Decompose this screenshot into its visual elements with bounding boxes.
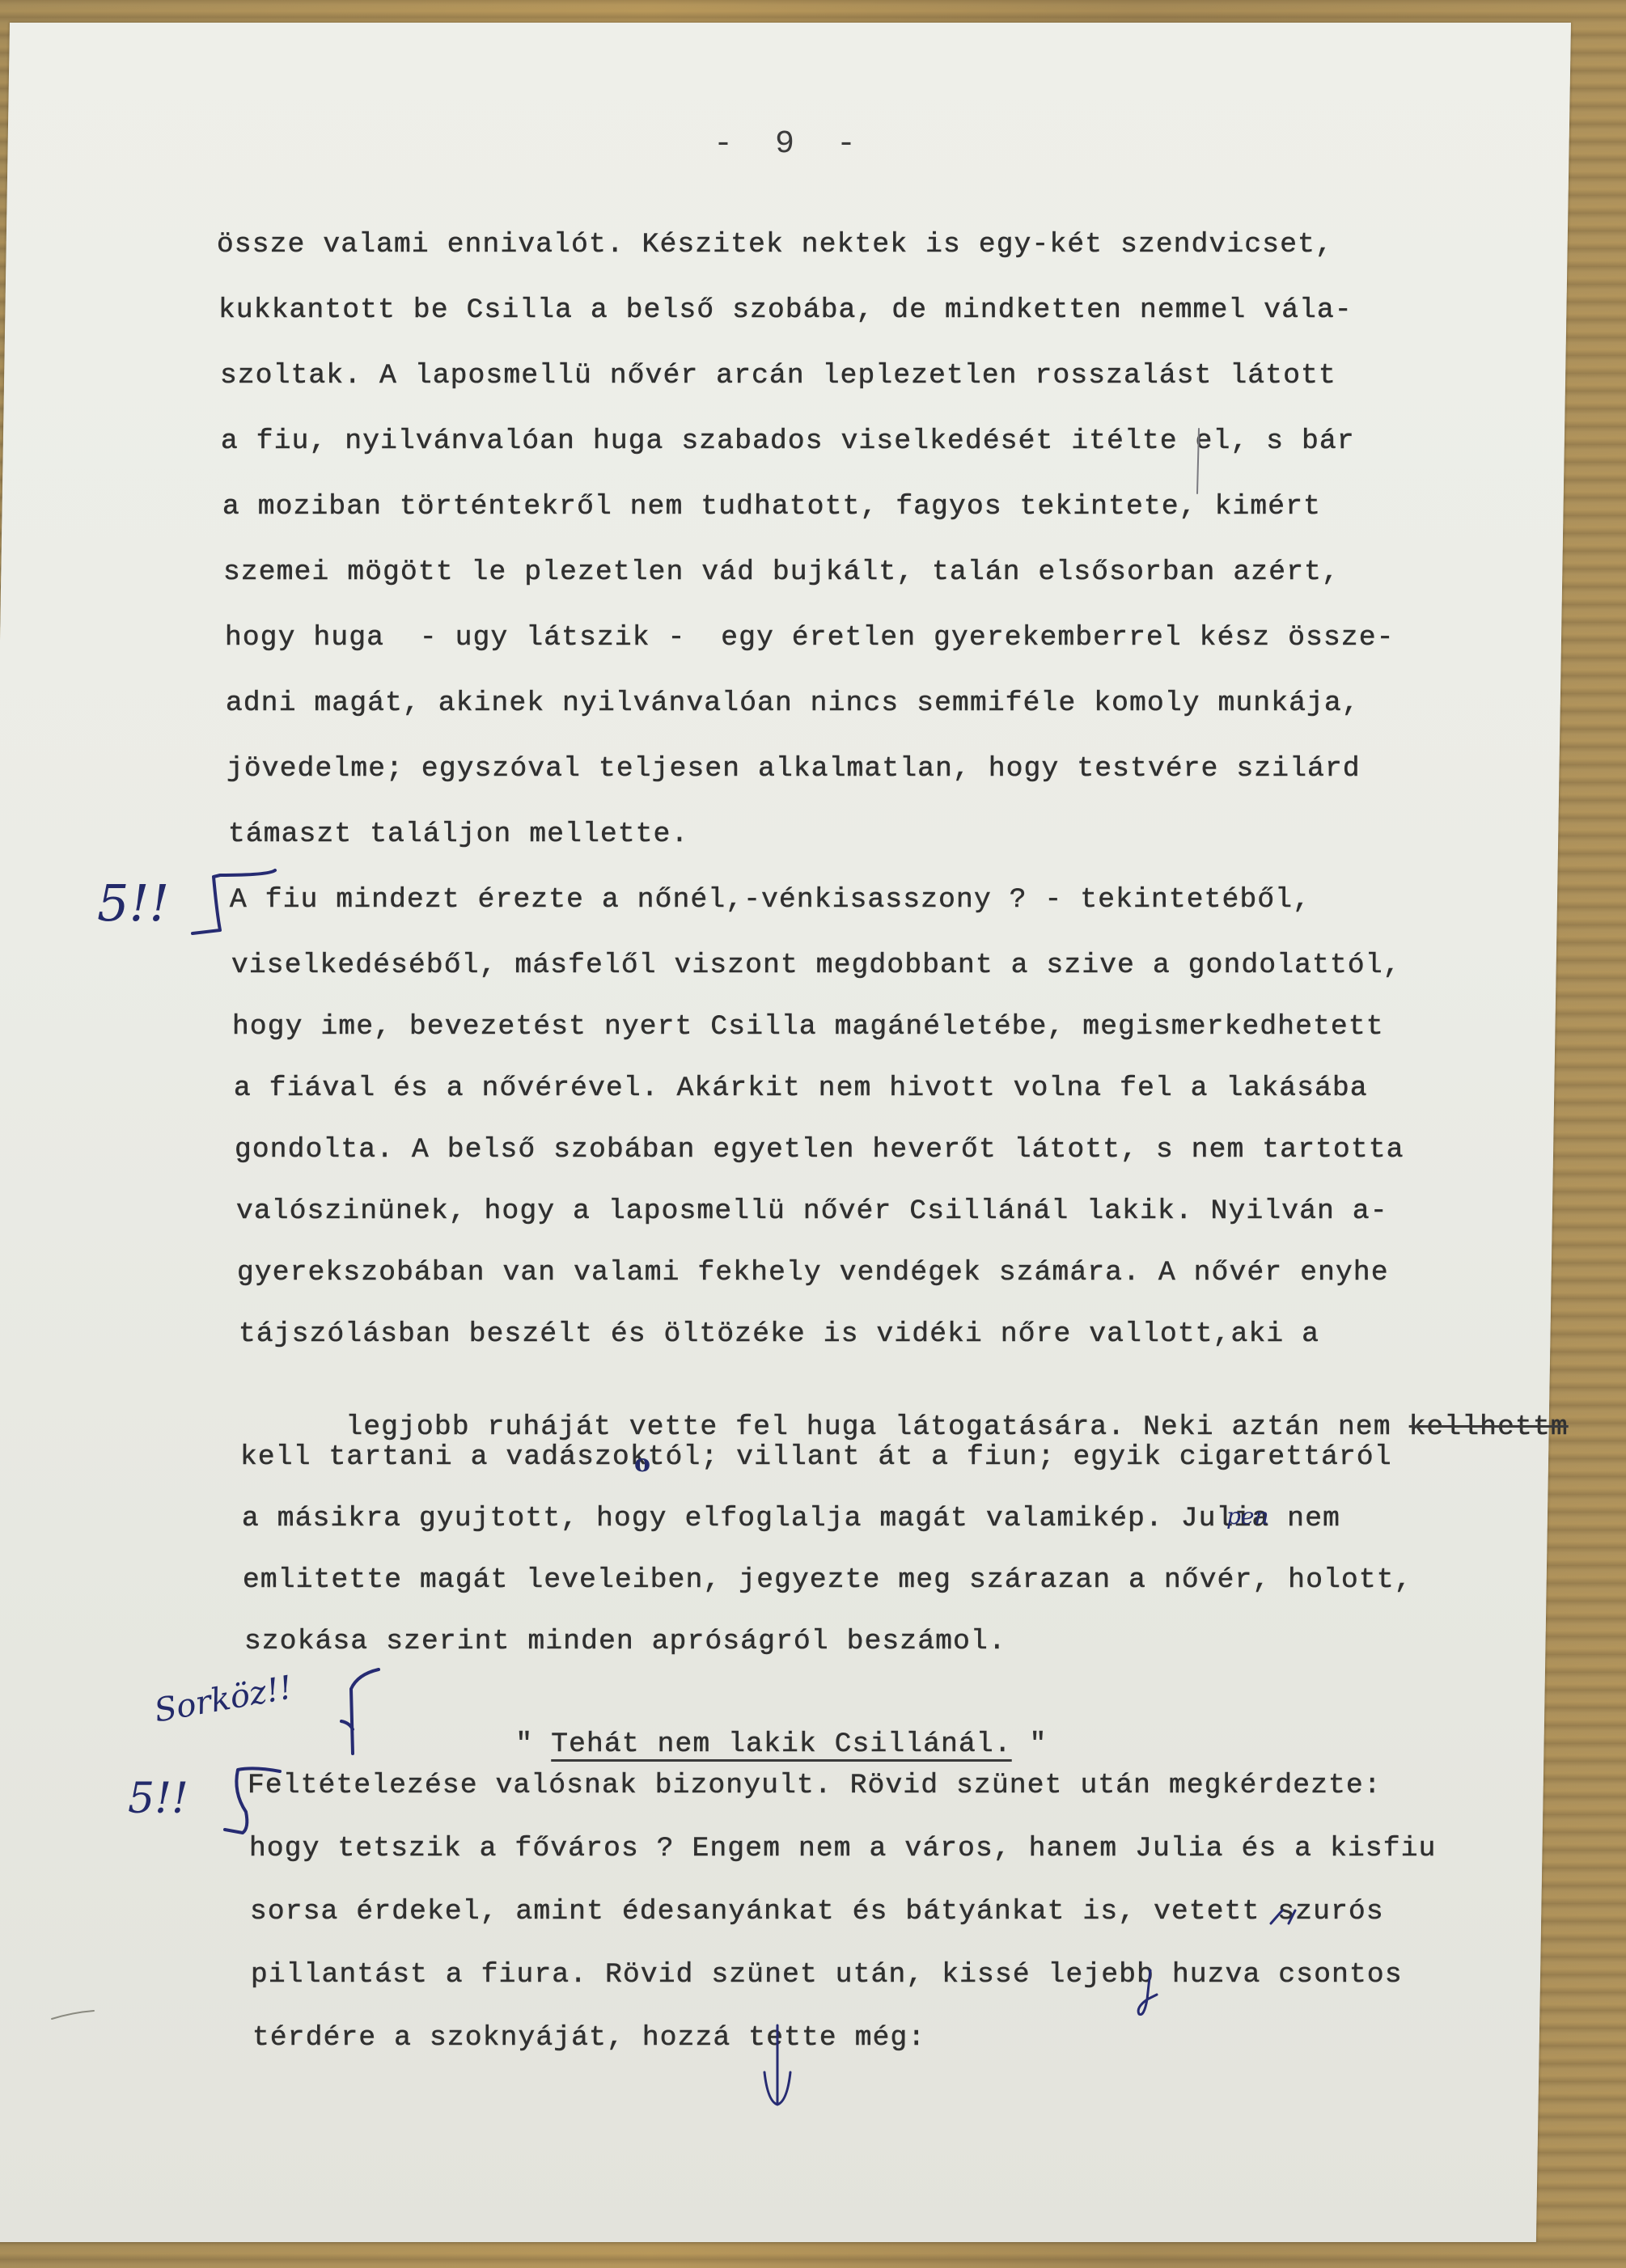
text-line: viselkedéséből, másfelől viszont megdobb…	[231, 950, 1401, 981]
insert-correction: o	[634, 1449, 650, 1478]
text-line: a fiu, nyilvánvalóan huga szabados visel…	[221, 425, 1355, 457]
text-line: kukkantott be Csilla a belső szobába, de…	[218, 294, 1353, 326]
page-number: - 9 -	[10, 126, 1571, 163]
text-line: sorsa érdekel, amint édesanyánkat és bát…	[250, 1896, 1384, 1927]
text-line: szemei mögött le plezetlen vád bujkált, …	[223, 556, 1340, 588]
text-line: tájszólásban beszélt és öltözéke is vidé…	[239, 1318, 1319, 1350]
insert-correction: pen	[1226, 1503, 1269, 1530]
text-line: gyerekszobában van valami fekhely vendég…	[237, 1257, 1389, 1288]
text-line: gondolta. A belső szobában egyetlen heve…	[235, 1134, 1404, 1166]
quote-open: "	[515, 1729, 551, 1760]
text-line: a másikra gyujtott, hogy elfoglalja magá…	[242, 1503, 1340, 1534]
text-line: támaszt találjon mellette.	[228, 819, 689, 850]
text-line: valószinünek, hogy a laposmellü nővér Cs…	[236, 1195, 1388, 1227]
space-removal-mark-icon	[758, 2024, 798, 2113]
text-line: emlitette magát leveleiben, jegyezte meg…	[243, 1564, 1412, 1596]
text-line: hogy ime, bevezetést nyert Csilla magáné…	[232, 1011, 1384, 1043]
insert-mark-icon	[333, 1665, 398, 1762]
text-line: kell tartani a vadászoktól; villant át a…	[240, 1441, 1392, 1473]
text-line: hogy huga - ugy látszik - egy éretlen gy…	[225, 622, 1395, 654]
paper-page: - 9 - össze valami ennivalót. Készitek n…	[0, 23, 1571, 2242]
text-line: össze valami ennivalót. Készitek nektek …	[217, 229, 1333, 260]
text-line: a moziban történtekről nem tudhatott, fa…	[222, 491, 1321, 523]
text-line: hogy tetszik a főváros ? Engem nem a vár…	[249, 1833, 1437, 1864]
text-line: pillantást a fiura. Rövid szünet után, k…	[251, 1959, 1403, 1991]
margin-note-sorkoz: Sorköz!!	[151, 1669, 295, 1729]
word-separator-mark-icon	[1192, 427, 1209, 495]
underlined-quote: Tehát nem lakik Csillánál.	[551, 1729, 1012, 1760]
text-line: Feltételezése valósnak bizonyult. Rövid …	[248, 1770, 1382, 1801]
text-line: adni magát, akinek nyilvánvalóan nincs s…	[226, 688, 1360, 719]
stray-ink-mark-icon	[49, 2008, 97, 2024]
accent-mark-icon	[1268, 1906, 1300, 1927]
paragraph-bracket-icon	[188, 864, 285, 937]
struck-word: kellhettm	[1409, 1411, 1569, 1443]
text-line: a fiával és a nővérével. Akárkit nem hiv…	[234, 1073, 1368, 1104]
text-line: szoltak. A laposmellü nővér arcán leplez…	[220, 360, 1336, 391]
margin-note-5: 5!!	[97, 874, 169, 933]
margin-note-5-second: 5!!	[128, 1775, 188, 1823]
text-line: A fiu mindezt érezte a nőnél,-vénkisassz…	[230, 884, 1311, 916]
text-line: térdére a szoknyáját, hozzá tette még:	[252, 2022, 925, 2054]
paragraph-bracket-icon	[222, 1760, 286, 1841]
letter-correction-icon	[1136, 1967, 1160, 2024]
text-line: szokása szerint minden apróságról beszám…	[244, 1626, 1006, 1657]
text-line: jövedelme; egyszóval teljesen alkalmatla…	[227, 753, 1361, 785]
text-segment: legjobb ruháját vette fel huga látogatás…	[345, 1411, 1408, 1443]
quote-close: "	[1012, 1729, 1048, 1760]
